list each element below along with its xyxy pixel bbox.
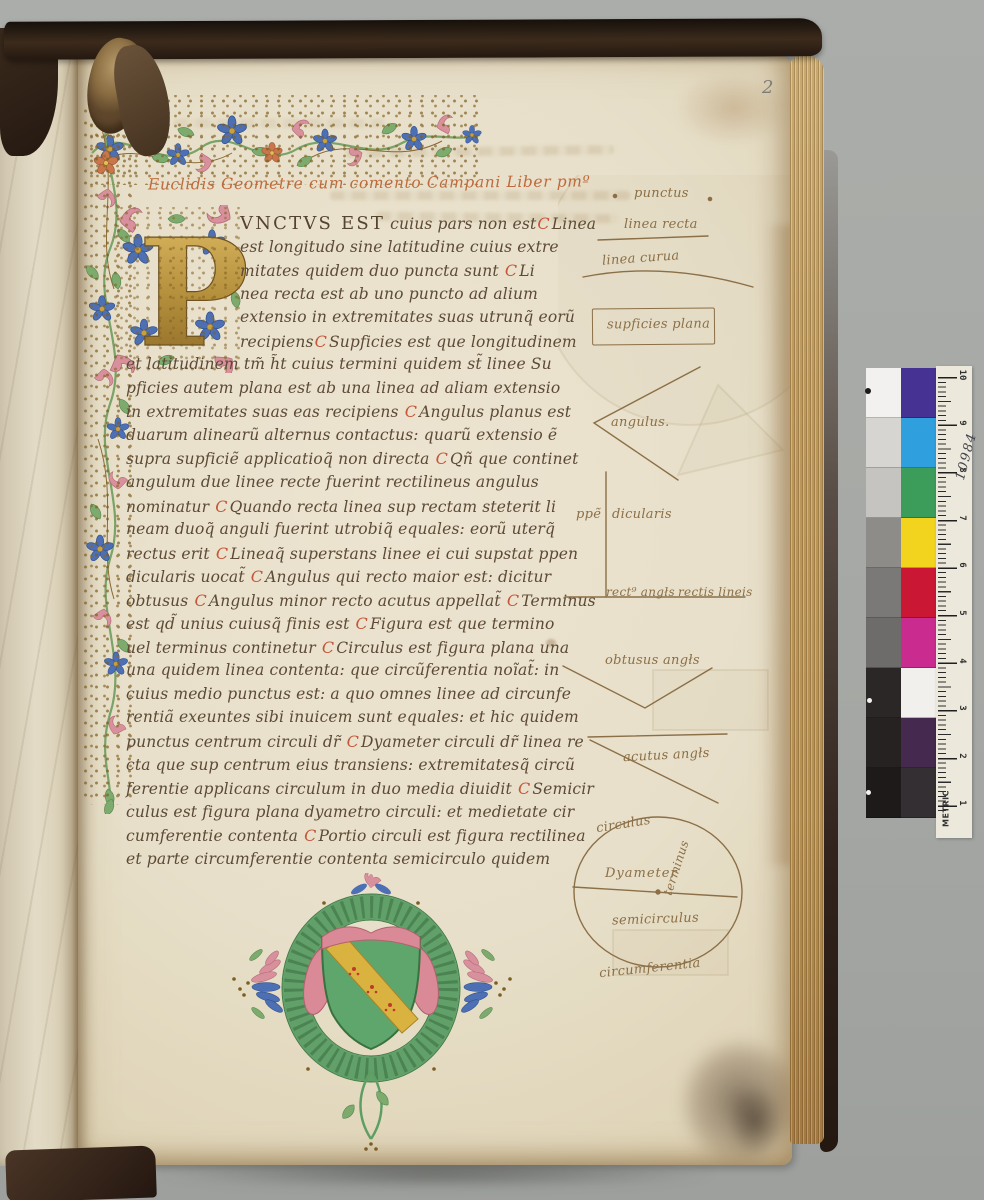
color-patch xyxy=(901,718,936,768)
diagram-label-linea-recta: linea recta xyxy=(624,217,698,232)
photo-background: P Euclidis Geometre cum comento Campani … xyxy=(0,0,984,1200)
gray-patch xyxy=(866,618,901,668)
color-column xyxy=(901,368,936,818)
manuscript-page: P Euclidis Geometre cum comento Campani … xyxy=(78,55,792,1165)
page-stain xyxy=(676,71,792,145)
color-patch xyxy=(901,518,936,568)
gray-patch xyxy=(866,418,901,468)
diagram-label-obtusus-angulus: obtusus angłs xyxy=(605,653,700,668)
diagram-plane-surface: supficies plana xyxy=(592,307,715,345)
ruler-number: 5 xyxy=(957,606,967,620)
diagram-label-semicirculus: semicirculus xyxy=(612,910,699,928)
ruler-number: 3 xyxy=(957,701,967,715)
diagram-label-punctus: punctus xyxy=(634,186,689,201)
diagram-label-rectus-angulus: rect⁹ angłs xyxy=(606,585,675,599)
diagram-label-rectis-lineis: rectis lineis xyxy=(678,585,753,599)
gray-patch xyxy=(866,668,901,718)
ruler-number: 1 xyxy=(957,796,967,810)
color-patch xyxy=(901,418,936,468)
cover-corner-bottom-left xyxy=(5,1145,157,1200)
registration-dot xyxy=(867,698,872,703)
ruler-number: 10 xyxy=(957,368,967,382)
ruler-number: 2 xyxy=(957,749,967,763)
ruler-number: 7 xyxy=(957,511,967,525)
fore-edge-pages xyxy=(790,56,824,1144)
registration-dot xyxy=(865,388,871,394)
gray-patch xyxy=(866,718,901,768)
diagram-label-perpendicularis: dicularis xyxy=(612,507,672,522)
color-patch xyxy=(901,668,936,718)
ruler-number: 9 xyxy=(957,416,967,430)
gray-patch xyxy=(866,368,901,418)
diagram-label-perpendicularis: ppẽ xyxy=(576,507,601,522)
color-patch xyxy=(901,468,936,518)
diagram-label-superficies-plana: supficies plana xyxy=(607,317,710,333)
ruler-number: 4 xyxy=(957,654,967,668)
facing-flyleaf xyxy=(0,48,80,1166)
color-patch xyxy=(901,568,936,618)
ruler-metric-label: METRIC xyxy=(942,784,951,834)
gray-patch xyxy=(866,468,901,518)
ruler-cm-ticks xyxy=(938,377,957,810)
color-patch xyxy=(901,368,936,418)
color-calibration-bar: METRIC 10987654321 xyxy=(866,366,974,838)
diagram-label-angulus: angulus. xyxy=(611,415,670,430)
page-stain xyxy=(718,1073,792,1165)
grayscale-column xyxy=(866,368,901,818)
gray-patch xyxy=(866,768,901,818)
ruler-number: 6 xyxy=(957,558,967,572)
folio-number: 2 xyxy=(762,77,773,98)
gray-patch xyxy=(866,568,901,618)
color-patch xyxy=(901,618,936,668)
color-patch xyxy=(901,768,936,818)
coat-of-arms xyxy=(204,873,540,1153)
gray-patch xyxy=(866,518,901,568)
rubric-title: Euclidis Geometre cum comento Campani Li… xyxy=(148,172,591,193)
registration-dot xyxy=(866,790,871,795)
